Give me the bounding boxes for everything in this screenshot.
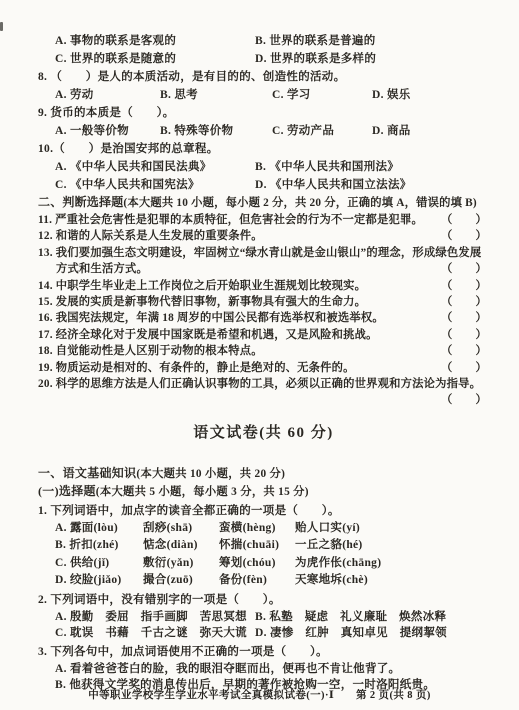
option-10d: D. 《中华人民共和国立法法》 bbox=[255, 176, 489, 194]
pinyin-word: 一丘之貉(hé) bbox=[295, 537, 489, 555]
q2-options: A. 殷勤 委屈 指手画脚 苦思冥想 B. 私塾 疑虑 礼义廉耻 焕然冰释 C.… bbox=[38, 609, 489, 642]
pinyin-word: 为虎作伥(chāng) bbox=[295, 555, 489, 573]
judge-item-text: 19. 物质运动是相对的、有条件的，静止是绝对的、无条件的。 bbox=[38, 360, 441, 376]
judge-item-text: 18. 自觉能动性是人区别于动物的根本特点。 bbox=[38, 343, 441, 359]
answer-bracket: （ ） bbox=[441, 261, 489, 277]
answer-bracket: （ ） bbox=[441, 212, 489, 228]
option-8c: C. 学习 bbox=[272, 86, 372, 104]
question-stem-3: 3. 下列各句中，加点词语使用不正确的一项是（ ）。 bbox=[38, 644, 489, 661]
option-10c: C. 《中华人民共和国宪法》 bbox=[55, 176, 255, 194]
option-7b: B. 世界的联系是普遍的 bbox=[255, 32, 489, 50]
option-9a: A. 一般等价物 bbox=[55, 122, 160, 140]
subsection-detail: (本大题共 5 小题，每小题 3 分，共 15 分) bbox=[96, 486, 309, 498]
section-detail: (本大题共 10 小题，每小题 2 分，共 20 分，正确的填 A，错误的填 B… bbox=[123, 197, 476, 209]
option-2c: C. 耽误 书藉 千古之谜 弥天大谎 bbox=[55, 625, 255, 642]
option-9d: D. 商品 bbox=[372, 122, 489, 140]
judge-item-13-line2: 方式和生活方式。 （ ） bbox=[38, 261, 489, 277]
question-stem-9: 9. 货币的本质是（ ）。 bbox=[38, 104, 489, 122]
judge-item-14: 14. 中职学生毕业走上工作岗位之后开始职业生涯规划比较现实。 （ ） bbox=[38, 278, 489, 294]
option-9b: B. 特殊等价物 bbox=[160, 122, 272, 140]
answer-bracket: （ ） bbox=[441, 294, 489, 310]
judge-item-text: 20. 科学的思维方法是人们正确认识事物的工具，必须以正确的世界观和方法论为指导… bbox=[38, 376, 481, 392]
judge-item-18: 18. 自觉能动性是人区别于动物的根本特点。 （ ） bbox=[38, 343, 489, 359]
judge-item-20-line2: （ ） bbox=[38, 392, 489, 408]
option-2a: A. 殷勤 委屈 指手画脚 苦思冥想 bbox=[55, 609, 255, 626]
judge-item-text: 15. 发展的实质是新事物代替旧事物，新事物具有强大的生命力。 bbox=[38, 294, 441, 310]
judge-item-text: 17. 经济全球化对于发展中国家既是希望和机遇，又是风险和挑战。 bbox=[38, 327, 441, 343]
q1-option-row-b: B. 折扣(zhé) 惦念(diàn) 怀揣(chuāi) 一丘之貉(hé) bbox=[38, 537, 489, 555]
answer-bracket: （ ） bbox=[441, 343, 489, 359]
page-footer: 中等职业学校学生学业水平考试全真模拟试卷(一)·Ⅰ 第 2 页(共 8 页) bbox=[0, 687, 519, 702]
pinyin-word: C. 供给(jǐ) bbox=[55, 555, 143, 573]
option-2d: D. 凄惨 红肿 真知卓见 提纲挈领 bbox=[255, 625, 489, 642]
option-7c: C. 世界的联系是随意的 bbox=[55, 50, 255, 68]
option-8d: D. 娱乐 bbox=[372, 86, 489, 104]
option-2b: B. 私塾 疑虑 礼义廉耻 焕然冰释 bbox=[255, 609, 489, 626]
judge-item-text: 方式和生活方式。 bbox=[38, 261, 441, 277]
q1-option-row-c: C. 供给(jǐ) 敷衍(yǎn) 筹划(chóu) 为虎作伥(chāng) bbox=[38, 555, 489, 573]
option-8a: A. 劳动 bbox=[55, 86, 160, 104]
q2-option-row-1: A. 殷勤 委屈 指手画脚 苦思冥想 B. 私塾 疑虑 礼义廉耻 焕然冰释 bbox=[38, 609, 489, 626]
judgment-section-header: 二、判断选择题(本大题共 10 小题，每小题 2 分，共 20 分，正确的填 A… bbox=[38, 194, 489, 212]
judge-item-13-line1: 13. 我们要加强生态文明建设，牢固树立“绿水青山就是金山银山”的理念，形成绿色… bbox=[38, 245, 489, 261]
question-stem-8: 8. （ ）是人的本质活动，是有目的的、创造性的活动。 bbox=[38, 68, 489, 86]
q7-options-row-1: A. 事物的联系是客观的 B. 世界的联系是普遍的 bbox=[38, 32, 489, 50]
pinyin-word: B. 折扣(zhé) bbox=[55, 537, 143, 555]
pinyin-word: 撮合(zuō) bbox=[143, 572, 219, 590]
q7-options-row-2: C. 世界的联系是随意的 D. 世界的联系是多样的 bbox=[38, 50, 489, 68]
q8-options-row: A. 劳动 B. 思考 C. 学习 D. 娱乐 bbox=[38, 86, 489, 104]
q9-options-row: A. 一般等价物 B. 特殊等价物 C. 劳动产品 D. 商品 bbox=[38, 122, 489, 140]
pinyin-word: 怀揣(chuāi) bbox=[219, 537, 295, 555]
pinyin-word: 贻人口实(yí) bbox=[295, 520, 489, 538]
option-3a: A. 看着爸爸苍白的脸，我的眼泪夺眶而出，便再也不肯让他背了。 bbox=[55, 661, 489, 678]
judge-item-17: 17. 经济全球化对于发展中国家既是希望和机遇，又是风险和挑战。 （ ） bbox=[38, 327, 489, 343]
option-9c: C. 劳动产品 bbox=[272, 122, 372, 140]
judgment-section: 二、判断选择题(本大题共 10 小题，每小题 2 分，共 20 分，正确的填 A… bbox=[38, 194, 489, 409]
question-stem-10: 10.（ ）是治国安邦的总章程。 bbox=[38, 140, 489, 158]
judge-item-text: 13. 我们要加强生态文明建设，牢固树立“绿水青山就是金山银山”的理念，形成绿色… bbox=[38, 245, 481, 261]
document-page: A. 事物的联系是客观的 B. 世界的联系是普遍的 C. 世界的联系是随意的 D… bbox=[0, 0, 519, 710]
chinese-section: 语文试卷(共 60 分) 一、语文基础知识(本大题共 10 小题，共 20 分)… bbox=[38, 422, 489, 694]
option-7d: D. 世界的联系是多样的 bbox=[255, 50, 489, 68]
answer-bracket: （ ） bbox=[441, 327, 489, 343]
subsection-title: (一)选择题 bbox=[38, 484, 96, 498]
pinyin-word: 敷衍(yǎn) bbox=[143, 555, 219, 573]
option-10a: A. 《中华人民共和国民法典》 bbox=[55, 158, 255, 176]
judge-item-text: 11. 严重社会危害性是犯罪的本质特征，但危害社会的行为不一定都是犯罪。 bbox=[38, 212, 441, 228]
pinyin-word: 天寒地坼(chè) bbox=[295, 572, 489, 590]
section-title: 二、判断选择题 bbox=[38, 195, 123, 209]
politics-section: A. 事物的联系是客观的 B. 世界的联系是普遍的 C. 世界的联系是随意的 D… bbox=[38, 32, 489, 194]
judge-item-12: 12. 和谐的人际关系是人生发展的重要条件。 （ ） bbox=[38, 228, 489, 244]
section-detail: (本大题共 10 小题，共 20 分) bbox=[136, 468, 285, 480]
chinese-sec1-header: 一、语文基础知识(本大题共 10 小题，共 20 分) bbox=[38, 465, 489, 483]
paper-title: 语文试卷(共 60 分) bbox=[38, 422, 489, 444]
option-8b: B. 思考 bbox=[160, 86, 272, 104]
section-title: 一、语文基础知识 bbox=[38, 466, 136, 480]
judge-item-20-line1: 20. 科学的思维方法是人们正确认识事物的工具，必须以正确的世界观和方法论为指导… bbox=[38, 376, 489, 392]
judge-item-11: 11. 严重社会危害性是犯罪的本质特征，但危害社会的行为不一定都是犯罪。 （ ） bbox=[38, 212, 489, 228]
judge-item-text: 12. 和谐的人际关系是人生发展的重要条件。 bbox=[38, 228, 441, 244]
option-7a: A. 事物的联系是客观的 bbox=[55, 32, 255, 50]
judge-item-text bbox=[38, 392, 441, 408]
answer-bracket: （ ） bbox=[441, 278, 489, 294]
judge-item-15: 15. 发展的实质是新事物代替旧事物，新事物具有强大的生命力。 （ ） bbox=[38, 294, 489, 310]
pinyin-word: 筹划(chóu) bbox=[219, 555, 295, 573]
option-10b: B. 《中华人民共和国刑法》 bbox=[255, 158, 489, 176]
judge-item-text: 14. 中职学生毕业走上工作岗位之后开始职业生涯规划比较现实。 bbox=[38, 278, 441, 294]
judge-item-19: 19. 物质运动是相对的、有条件的，静止是绝对的、无条件的。 （ ） bbox=[38, 360, 489, 376]
q1-options: A. 露面(lòu) 刮痧(shā) 蛮横(hèng) 贻人口实(yí) B. … bbox=[38, 520, 489, 590]
answer-bracket: （ ） bbox=[441, 310, 489, 326]
pinyin-word: D. 绞脸(jiǎo) bbox=[55, 572, 143, 590]
question-stem-1: 1. 下列词语中，加点字的读音全都正确的一项是（ ）。 bbox=[38, 503, 489, 520]
pinyin-word: A. 露面(lòu) bbox=[55, 520, 143, 538]
answer-bracket: （ ） bbox=[441, 360, 489, 376]
answer-bracket bbox=[481, 376, 519, 392]
q2-option-row-2: C. 耽误 书藉 千古之谜 弥天大谎 D. 凄惨 红肿 真知卓见 提纲挈领 bbox=[38, 625, 489, 642]
answer-bracket bbox=[481, 245, 519, 261]
q10-options-row-1: A. 《中华人民共和国民法典》 B. 《中华人民共和国刑法》 bbox=[38, 158, 489, 176]
q1-option-row-d: D. 绞脸(jiǎo) 撮合(zuō) 备份(fèn) 天寒地坼(chè) bbox=[38, 572, 489, 590]
pinyin-word: 刮痧(shā) bbox=[143, 520, 219, 538]
chinese-sub1-header: (一)选择题(本大题共 5 小题，每小题 3 分，共 15 分) bbox=[38, 483, 489, 501]
answer-bracket: （ ） bbox=[441, 392, 489, 408]
judge-item-text: 16. 我国宪法规定，年满 18 周岁的中国公民都有选举权和被选举权。 bbox=[38, 310, 441, 326]
answer-bracket: （ ） bbox=[441, 228, 489, 244]
pinyin-word: 备份(fèn) bbox=[219, 572, 295, 590]
pinyin-word: 惦念(diàn) bbox=[143, 537, 219, 555]
page-content: A. 事物的联系是客观的 B. 世界的联系是普遍的 C. 世界的联系是随意的 D… bbox=[0, 0, 519, 694]
question-stem-2: 2. 下列词语中，没有错别字的一项是（ ）。 bbox=[38, 592, 489, 609]
pinyin-word: 蛮横(hèng) bbox=[219, 520, 295, 538]
judge-item-16: 16. 我国宪法规定，年满 18 周岁的中国公民都有选举权和被选举权。 （ ） bbox=[38, 310, 489, 326]
q10-options-row-2: C. 《中华人民共和国宪法》 D. 《中华人民共和国立法法》 bbox=[38, 176, 489, 194]
q1-option-row-a: A. 露面(lòu) 刮痧(shā) 蛮横(hèng) 贻人口实(yí) bbox=[38, 520, 489, 538]
